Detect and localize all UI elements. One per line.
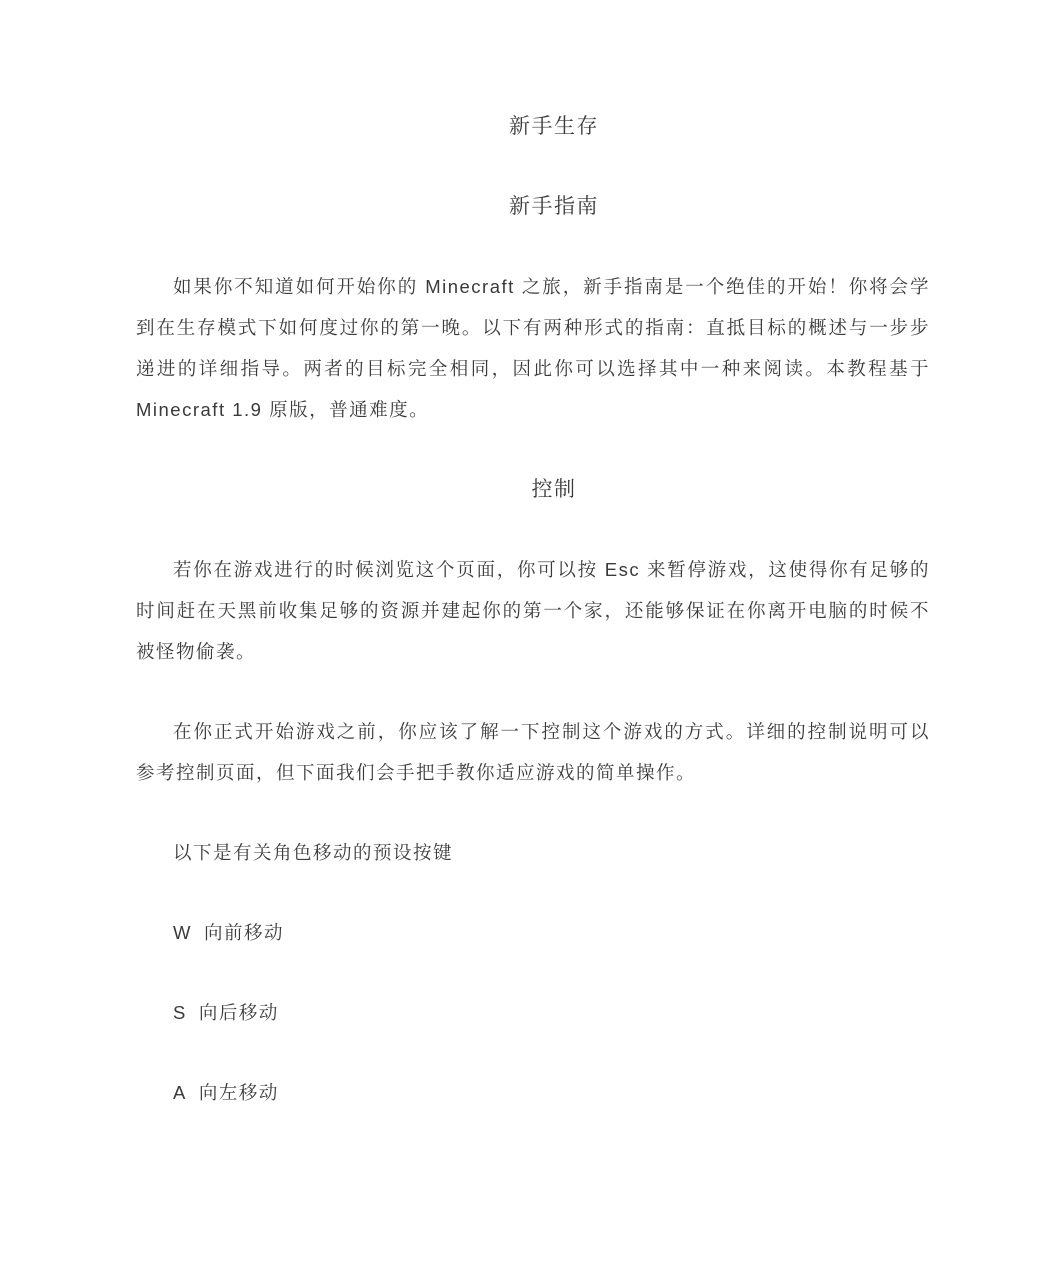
key-binding-row-backward: S向后移动: [136, 992, 930, 1033]
key-action-forward: 向前移动: [204, 922, 284, 943]
doc-title: 新手生存: [136, 106, 930, 147]
key-binding-row-forward: W向前移动: [136, 912, 930, 953]
section-heading-controls: 控制: [136, 469, 930, 510]
document-page: 新手生存 新手指南 如果你不知道如何开始你的 Minecraft 之旅，新手指南…: [0, 0, 1063, 1262]
controls-paragraph-2: 在你正式开始游戏之前，你应该了解一下控制这个游戏的方式。详细的控制说明可以参考控…: [136, 711, 930, 793]
intro-paragraph: 如果你不知道如何开始你的 Minecraft 之旅，新手指南是一个绝佳的开始！你…: [136, 266, 930, 430]
key-binding-row-left: A向左移动: [136, 1072, 930, 1113]
key-action-left: 向左移动: [199, 1082, 279, 1103]
key-action-backward: 向后移动: [199, 1002, 279, 1023]
key-name-left: A: [173, 1082, 187, 1103]
key-name-forward: W: [173, 922, 192, 943]
keys-intro-line: 以下是有关角色移动的预设按键: [136, 832, 930, 873]
controls-paragraph-1: 若你在游戏进行的时候浏览这个页面，你可以按 Esc 来暂停游戏，这使得你有足够的…: [136, 549, 930, 672]
key-name-backward: S: [173, 1002, 187, 1023]
doc-subtitle: 新手指南: [136, 186, 930, 227]
